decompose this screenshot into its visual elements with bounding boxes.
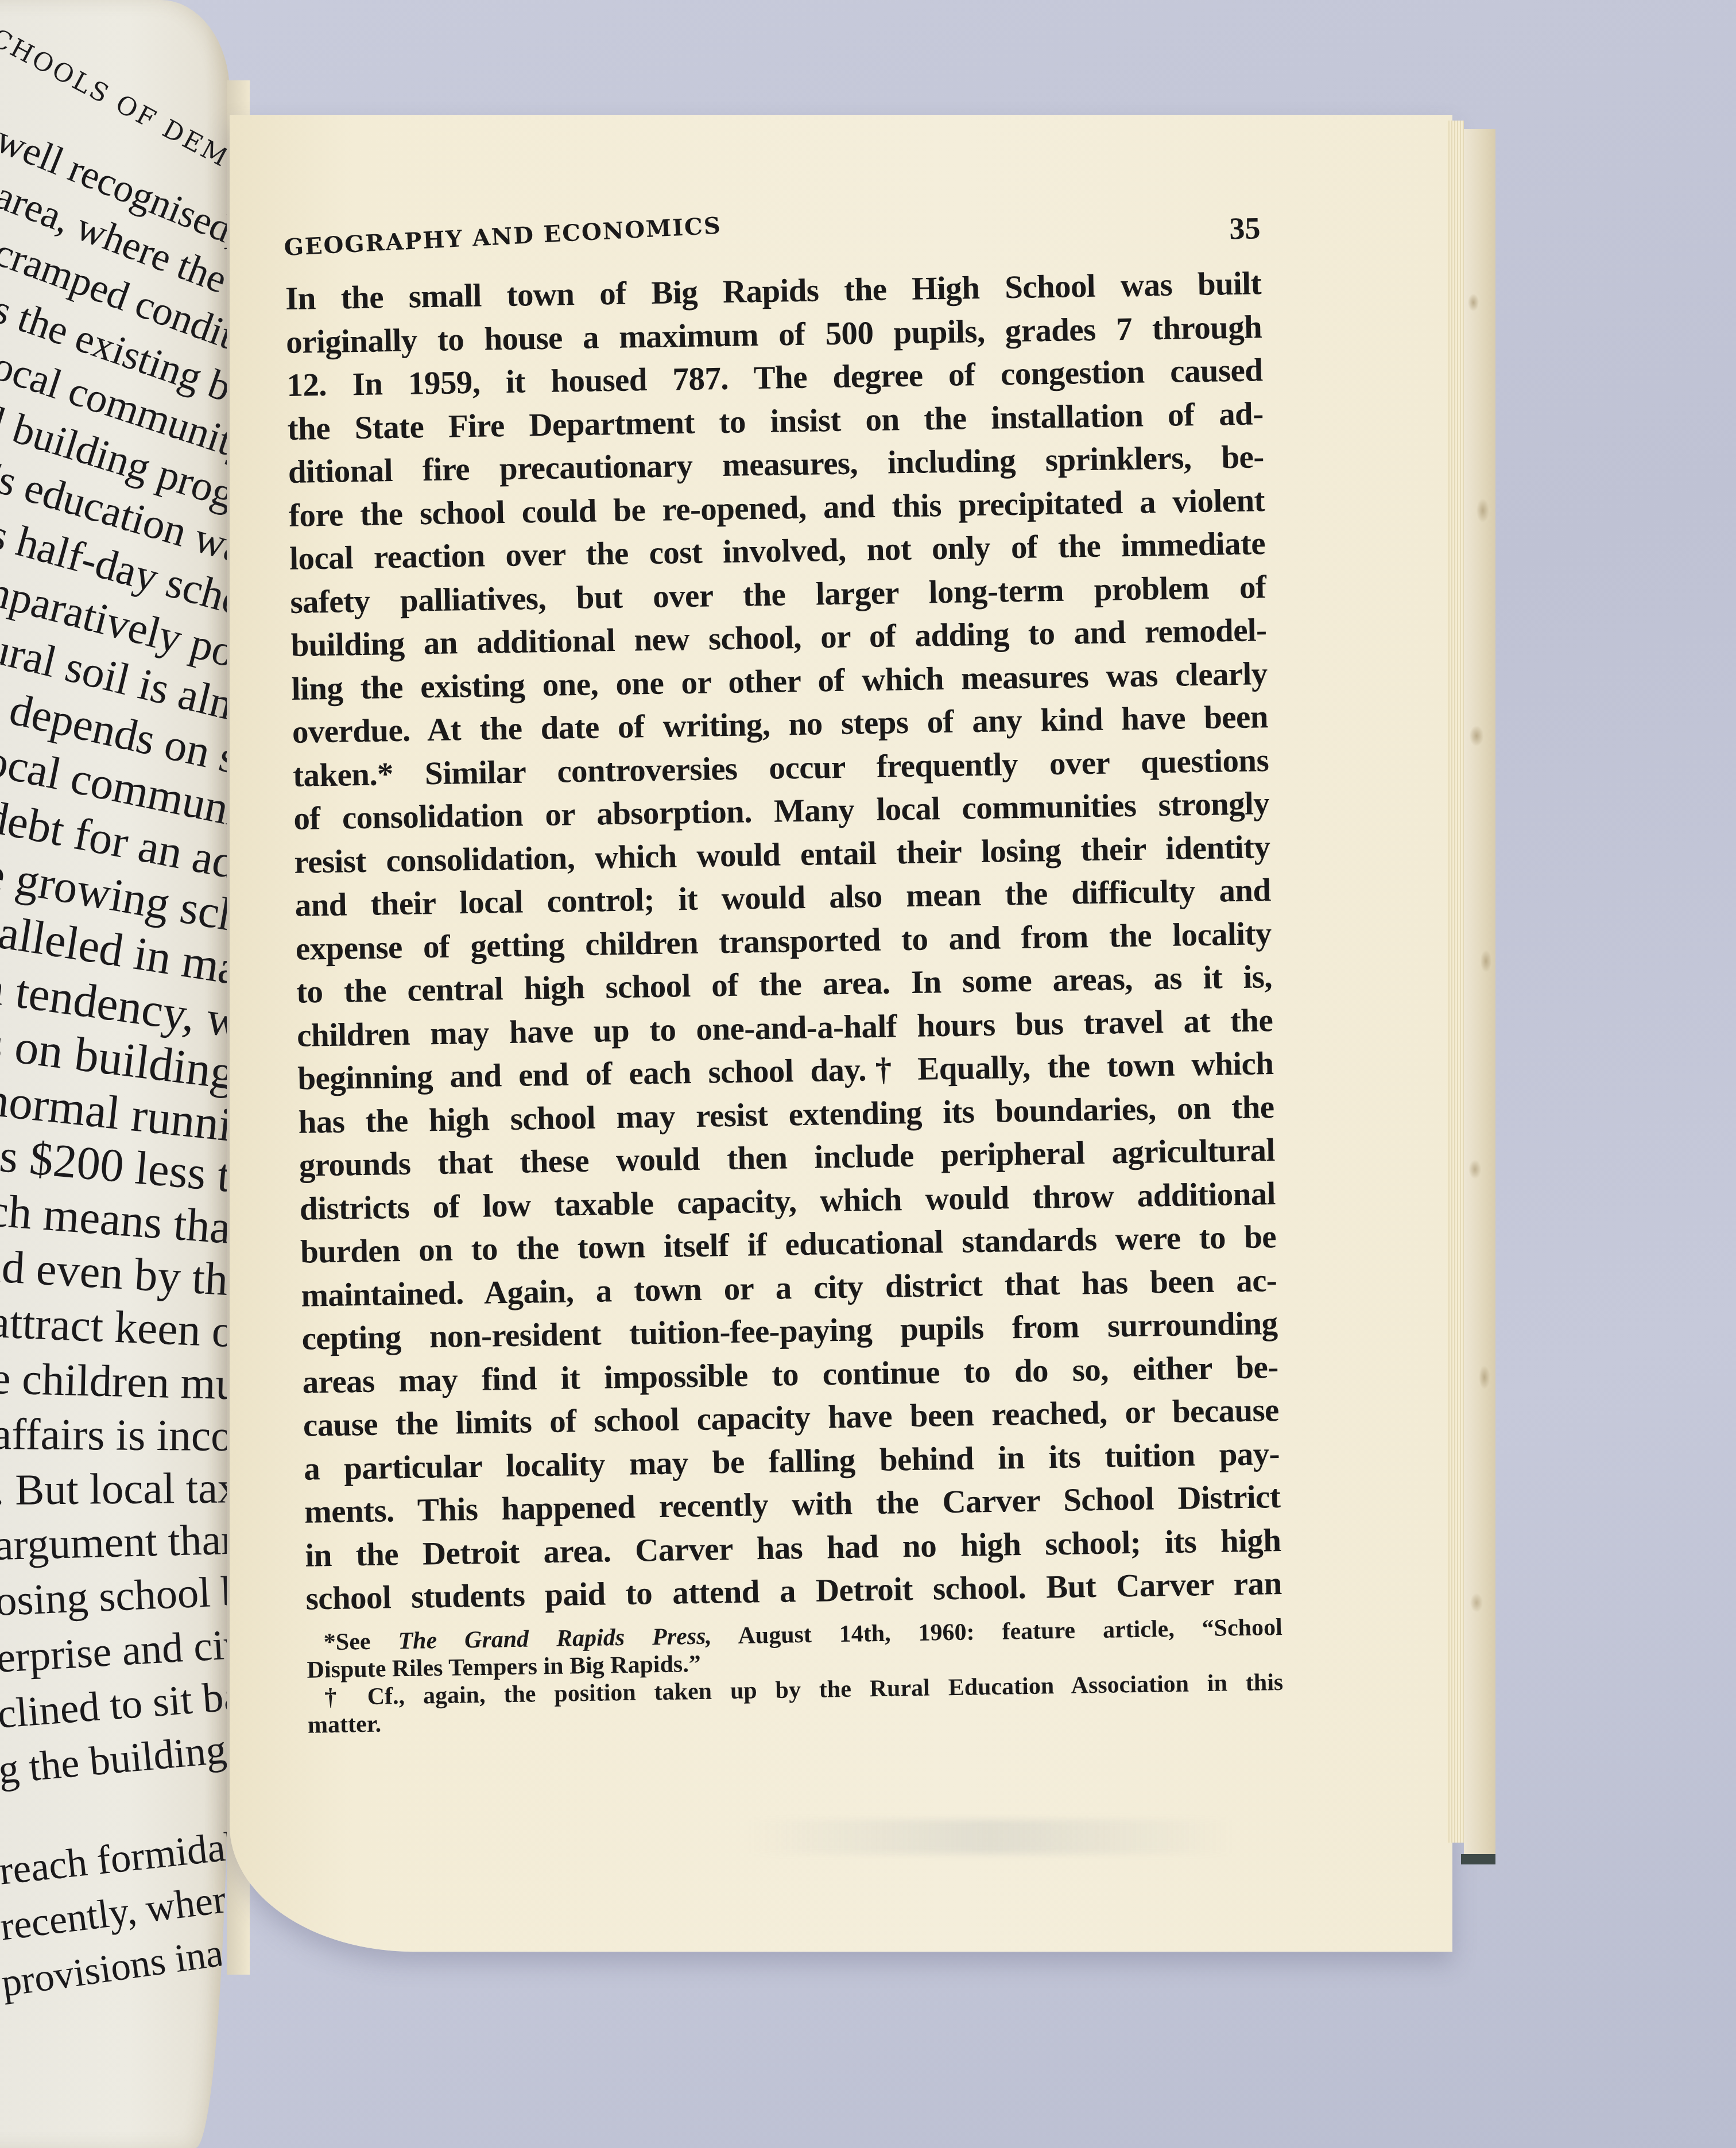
left-page-line-fragment: attract keen or co bbox=[0, 1296, 230, 1361]
right-page-text-block: GEOGRAPHY AND ECONOMICS 35 In the small … bbox=[284, 206, 1284, 1739]
bleed-through-text bbox=[746, 1820, 1234, 1854]
left-page: CHOOLS OF DEMOCRA well recognised, asare… bbox=[0, 0, 230, 2148]
footnotes: *See The Grand Rapids Press, August 14th… bbox=[307, 1613, 1284, 1739]
newspaper-title: The Grand Rapids Press, bbox=[398, 1623, 712, 1654]
left-page-line-fragment: . But local taxpaye bbox=[0, 1462, 230, 1515]
left-page-line-fragment: e children must the bbox=[0, 1352, 230, 1413]
left-page-line-fragment: affairs is incompati bbox=[0, 1409, 230, 1462]
book-cover-base bbox=[1461, 1854, 1495, 1864]
page-edges bbox=[1447, 121, 1464, 1843]
body-paragraph: In the small town of Big Rapids the High… bbox=[285, 262, 1282, 1620]
page-number: 35 bbox=[1229, 210, 1261, 246]
left-page-line-fragment: osing school buildi bbox=[0, 1564, 230, 1626]
left-page-line-fragment: argument than by t bbox=[0, 1513, 230, 1571]
book-cover-edge bbox=[1464, 129, 1495, 1863]
running-title: GEOGRAPHY AND ECONOMICS bbox=[284, 212, 722, 261]
